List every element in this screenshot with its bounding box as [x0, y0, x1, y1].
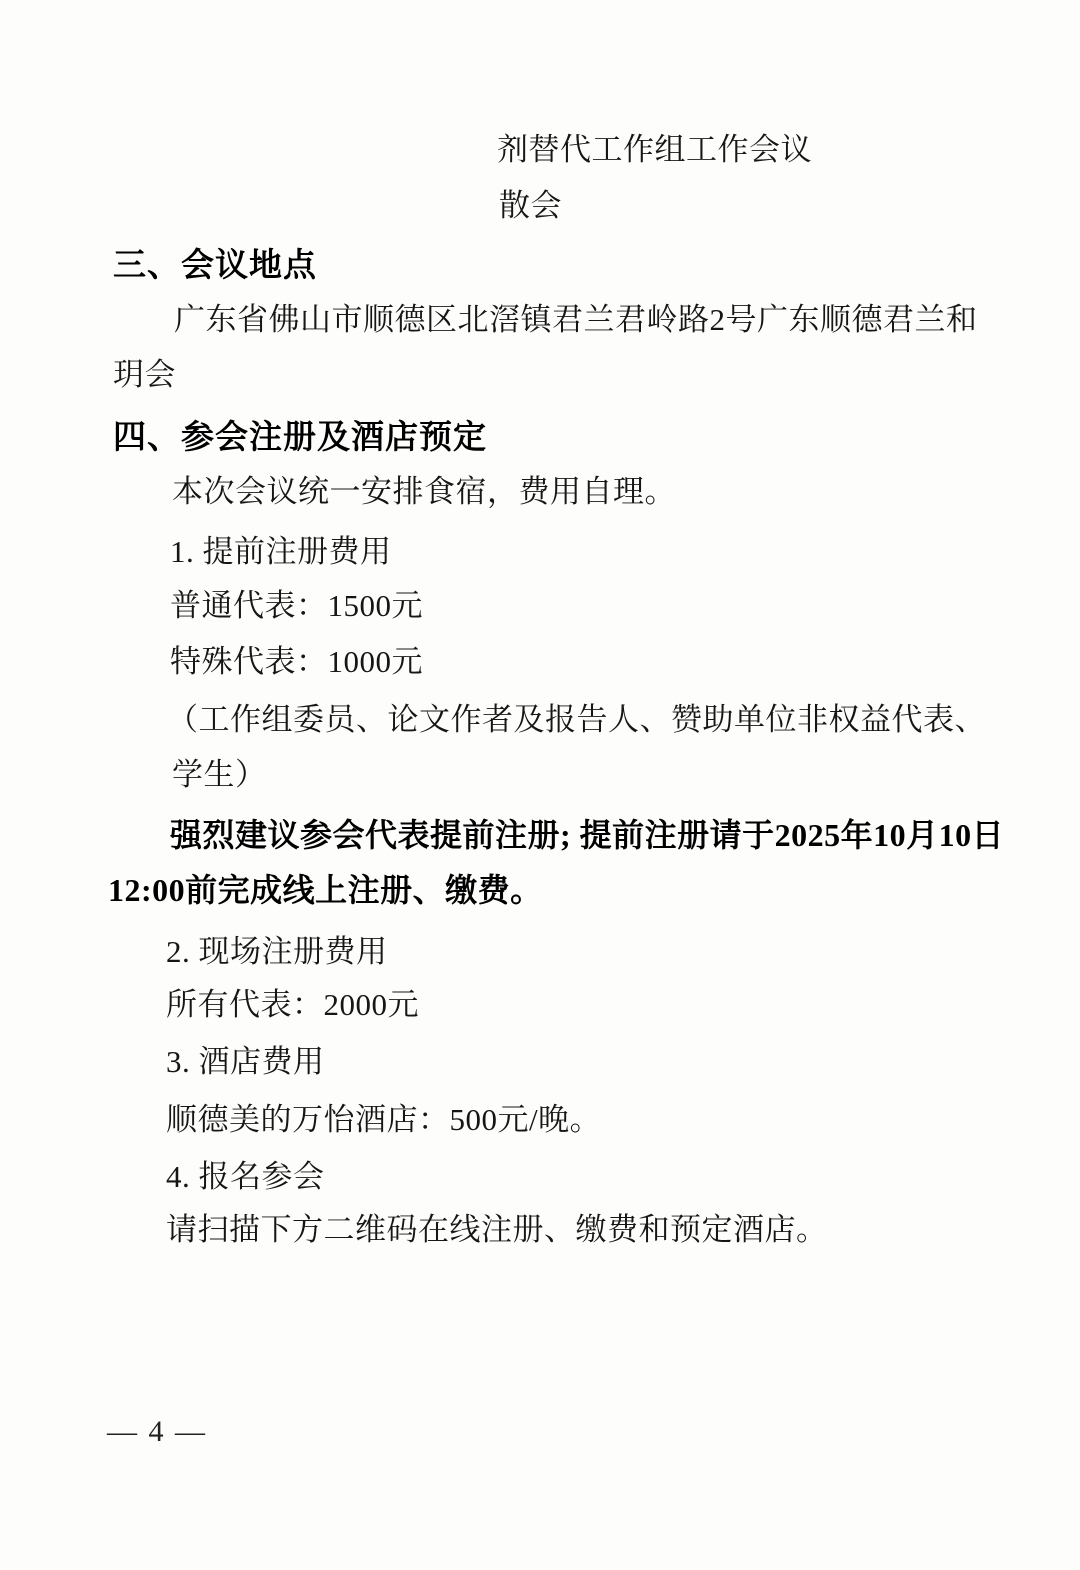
section-registration-heading: 四、参会注册及酒店预定 — [113, 417, 487, 457]
item1-emphasis-line-1: 强烈建议参会代表提前注册; 提前注册请于2025年10月10日 — [170, 815, 1004, 855]
section-venue-heading: 三、会议地点 — [113, 245, 317, 285]
item4-title: 4. 报名参会 — [166, 1157, 325, 1197]
schedule-continuation-line-1: 剂替代工作组工作会议 — [497, 130, 812, 170]
item1-note-line-1: （工作组委员、论文作者及报告人、赞助单位非权益代表、 — [167, 700, 986, 740]
page-number: — 4 — — [107, 1412, 207, 1452]
venue-address-line-1: 广东省佛山市顺德区北滘镇君兰君岭路2号广东顺德君兰和 — [174, 300, 978, 340]
schedule-continuation-line-2: 散会 — [499, 186, 562, 226]
item4-body: 请扫描下方二维码在线注册、缴费和预定酒店。 — [166, 1210, 828, 1250]
document-page: 剂替代工作组工作会议 散会 三、会议地点 广东省佛山市顺德区北滘镇君兰君岭路2号… — [0, 0, 1080, 1570]
item1-emphasis-line-2: 12:00前完成线上注册、缴费。 — [108, 870, 543, 910]
item2-title: 2. 现场注册费用 — [166, 932, 388, 972]
item1-fee-regular: 普通代表：1500元 — [170, 586, 423, 626]
item3-title: 3. 酒店费用 — [166, 1042, 325, 1082]
venue-address-line-2: 玥会 — [113, 355, 176, 395]
item2-fee-all: 所有代表：2000元 — [166, 985, 419, 1025]
registration-intro: 本次会议统一安排食宿，费用自理。 — [172, 472, 676, 512]
item1-title: 1. 提前注册费用 — [170, 532, 392, 572]
item1-fee-special: 特殊代表：1000元 — [170, 642, 423, 682]
item1-note-line-2: 学生） — [172, 755, 267, 795]
item3-hotel-fee: 顺德美的万怡酒店：500元/晚。 — [166, 1100, 601, 1140]
